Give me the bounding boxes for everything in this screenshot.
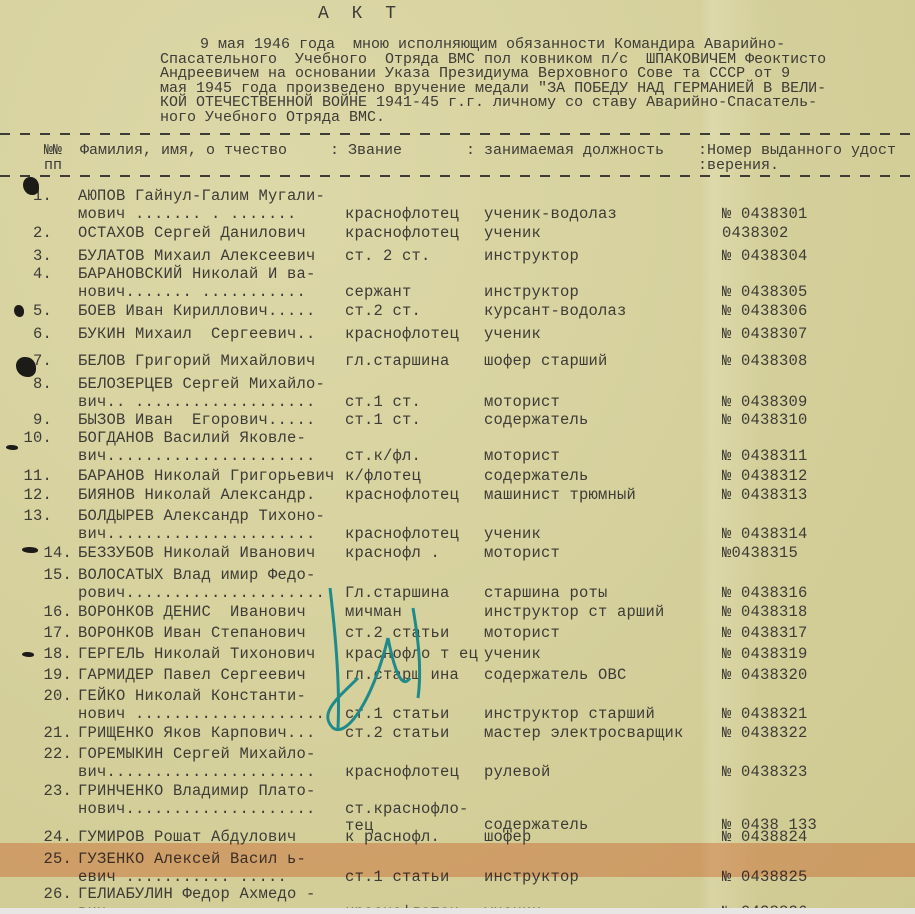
row-position: рулевой	[484, 764, 551, 781]
row-certificate-number: № 0438307	[722, 326, 808, 343]
header-position: : занимаемая должность	[466, 143, 664, 158]
table-top-rule	[0, 133, 915, 135]
row-position: моторист	[484, 545, 560, 562]
row-certificate-number: № 0438314	[722, 526, 808, 543]
row-name: вич......................	[78, 526, 316, 543]
header-certificate: :Номер выданного удост :верения.	[698, 143, 896, 173]
row-certificate-number: № 0438320	[722, 667, 808, 684]
row-name: ГРИЩЕНКО Яков Карпович...	[78, 725, 316, 742]
row-name: БЕЛОЗЕРЦЕВ Сергей Михайло-	[78, 376, 325, 393]
ink-blot	[16, 357, 36, 377]
intro-line: ного Учебного Отряда ВМС.	[160, 111, 915, 126]
row-name: рович.....................	[78, 585, 325, 602]
row-rank: ст.1 ст.	[345, 394, 421, 411]
header-name: Фамилия, имя, о тчество	[80, 143, 287, 158]
ink-blot	[22, 652, 34, 657]
row-position: мастер электросварщик	[484, 725, 684, 742]
row-name: ГЕЙКО Николай Константи-	[78, 688, 306, 705]
row-name: БАРАНОВСКИЙ Николай И ва-	[78, 266, 316, 283]
row-position: ученик	[484, 526, 541, 543]
row-position: содержатель	[484, 412, 589, 429]
row-name: БОЕВ Иван Кириллович.....	[78, 303, 316, 320]
row-number: 6.	[0, 326, 52, 343]
row-name: АЮПОВ Гайнул-Галим Мугали-	[78, 188, 325, 205]
row-certificate-number: № 0438304	[722, 248, 808, 265]
row-number: 11.	[0, 468, 52, 485]
row-position: машинист трюмный	[484, 487, 636, 504]
row-rank: к/флотец	[345, 468, 421, 485]
row-certificate-number: № 0438318	[722, 604, 808, 621]
row-name: ГАРМИДЕР Павел Сергеевич	[78, 667, 306, 684]
row-rank: краснофлотец	[345, 326, 459, 343]
row-rank: краснофлотец	[345, 526, 459, 543]
row-number: 8.	[0, 376, 52, 393]
row-certificate-number: № 0438322	[722, 725, 808, 742]
row-position: шофер старший	[484, 353, 608, 370]
row-certificate-number: № 0438323	[722, 764, 808, 781]
row-number: 21.	[0, 725, 72, 742]
row-rank: краснофлотец	[345, 487, 459, 504]
row-name: вич......................	[78, 764, 316, 781]
header-rank: : Звание	[330, 143, 402, 158]
row-name: БУЛАТОВ Михаил Алексеевич	[78, 248, 316, 265]
row-name: нович....................	[78, 801, 316, 818]
row-rank: ст.1 ст.	[345, 412, 421, 429]
row-number: 2.	[0, 225, 52, 242]
row-position: старшина роты	[484, 585, 608, 602]
row-number: 12.	[0, 487, 52, 504]
row-number: 23.	[0, 783, 72, 800]
row-certificate-number: № 0438306	[722, 303, 808, 320]
row-position: моторист	[484, 448, 560, 465]
document-title: А К Т	[318, 4, 402, 24]
row-number: 19.	[0, 667, 72, 684]
row-position: ученик-водолаз	[484, 206, 617, 223]
row-certificate-number: № 0438313	[722, 487, 808, 504]
row-certificate-number: 0438302	[722, 225, 789, 242]
row-certificate-number: №0438315	[722, 545, 798, 562]
row-position: моторист	[484, 625, 560, 642]
row-certificate-number: № 0438317	[722, 625, 808, 642]
row-position: курсант-водолаз	[484, 303, 627, 320]
row-number: 22.	[0, 746, 72, 763]
row-certificate-number: № 0438308	[722, 353, 808, 370]
highlight-band	[0, 843, 915, 877]
row-name: нович ....................	[78, 706, 325, 723]
row-number: 20.	[0, 688, 72, 705]
row-name: ГЕРГЕЛЬ Николай Тихонович	[78, 646, 316, 663]
row-number: 18.	[0, 646, 72, 663]
row-name: ВОРОНКОВ Иван Степанович	[78, 625, 306, 642]
row-name: БАРАНОВ Николай Григорьевич	[78, 468, 335, 485]
row-rank: краснофлотец	[345, 206, 459, 223]
row-name: БУКИН Михаил Сергеевич..	[78, 326, 316, 343]
row-number: 5.	[0, 303, 52, 320]
row-name: вич......................	[78, 448, 316, 465]
ink-blot	[22, 547, 38, 553]
row-name: БЕЛОВ Григорий Михайлович	[78, 353, 316, 370]
row-name: мович ....... . .......	[78, 206, 297, 223]
row-position: инструктор	[484, 248, 579, 265]
row-position: ученик	[484, 646, 541, 663]
row-number: 13.	[0, 508, 52, 525]
row-position: инструктор	[484, 284, 579, 301]
row-position: ученик	[484, 326, 541, 343]
row-rank: краснофлотец	[345, 764, 459, 781]
intro-paragraph: 9 мая 1946 года мною исполняющим обязанн…	[160, 38, 915, 125]
row-position: содержатель ОВС	[484, 667, 627, 684]
row-number: 15.	[0, 567, 72, 584]
row-number: 4.	[0, 266, 52, 283]
row-rank: ст.к/фл.	[345, 448, 421, 465]
table-header-rule	[0, 175, 915, 177]
row-name: БОЛДЫРЕВ Александр Тихоно-	[78, 508, 325, 525]
row-certificate-number: № 0438312	[722, 468, 808, 485]
row-certificate-number: № 0438321	[722, 706, 808, 723]
row-certificate-number: № 0438305	[722, 284, 808, 301]
row-rank: ст.2 ст.	[345, 303, 421, 320]
row-position: ученик	[484, 225, 541, 242]
signature-mark	[318, 578, 438, 738]
row-name: нович....... ...........	[78, 284, 306, 301]
row-name: БЕЗЗУБОВ Николай Иванович	[78, 545, 316, 562]
header-number: №№ пп	[44, 143, 62, 173]
row-certificate-number: № 0438319	[722, 646, 808, 663]
row-name: вич.. ...................	[78, 394, 316, 411]
row-position: инструктор ст арший	[484, 604, 665, 621]
row-rank: краснофлотец	[345, 225, 459, 242]
row-certificate-number: № 0438316	[722, 585, 808, 602]
row-name: ВОЛОСАТЫХ Влад имир Федо-	[78, 567, 316, 584]
row-name: БОГДАНОВ Василий Яковле-	[78, 430, 306, 447]
row-name: ГЕЛИАБУЛИН Федор Ахмедо -	[78, 886, 316, 903]
row-position: инструктор старший	[484, 706, 655, 723]
ink-blot	[14, 305, 24, 317]
row-name: ГРИНЧЕНКО Владимир Плато-	[78, 783, 316, 800]
row-number: 16.	[0, 604, 72, 621]
row-number: 17.	[0, 625, 72, 642]
row-number: 3.	[0, 248, 52, 265]
ink-blot	[6, 445, 18, 450]
row-position: содержатель	[484, 468, 589, 485]
row-number: 9.	[0, 412, 52, 429]
page-bottom-edge	[0, 908, 915, 914]
row-certificate-number: № 0438311	[722, 448, 808, 465]
row-rank: гл.старшина	[345, 353, 450, 370]
row-rank: ст. 2 ст.	[345, 248, 431, 265]
scanned-document-page: А К Т 9 мая 1946 года мною исполняющим о…	[0, 0, 915, 914]
row-certificate-number: № 0438310	[722, 412, 808, 429]
row-name: ВОРОНКОВ ДЕНИС Иванович	[78, 604, 306, 621]
row-name: ОСТАХОВ Сергей Данилович	[78, 225, 306, 242]
row-rank: сержант	[345, 284, 412, 301]
row-certificate-number: № 0438309	[722, 394, 808, 411]
row-name: БЫЗОВ Иван Егорович.....	[78, 412, 316, 429]
row-position: моторист	[484, 394, 560, 411]
ink-blot	[23, 177, 39, 195]
row-name: БИЯНОВ Николай Александр.	[78, 487, 316, 504]
row-number: 26.	[0, 886, 72, 903]
row-name: ГОРЕМЫКИН Сергей Михайло-	[78, 746, 316, 763]
row-certificate-number: № 0438301	[722, 206, 808, 223]
row-rank: краснофл .	[345, 545, 440, 562]
